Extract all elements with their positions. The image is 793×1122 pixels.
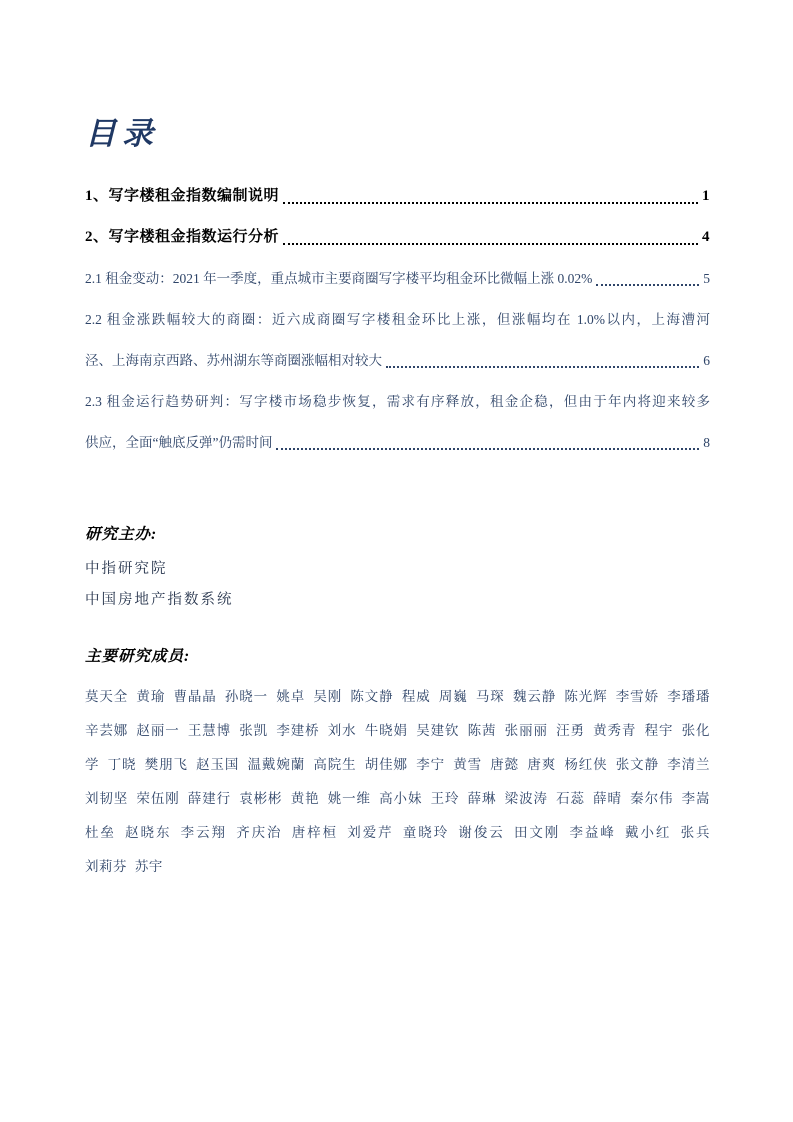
host-org-line: 中指研究院 xyxy=(85,554,710,585)
toc-page-number: 4 xyxy=(702,217,710,258)
toc-entry-line: 2.2 租金涨跌幅较大的商圈：近六成商圈写字楼租金环比上涨，但涨幅均在 1.0%… xyxy=(85,299,710,340)
member-names-line: 刘莉芬 苏宇 xyxy=(85,850,710,884)
toc-list: 1、写字楼租金指数编制说明12、写字楼租金指数运行分析42.1 租金变动：202… xyxy=(85,176,710,463)
member-names-line: 学 丁晓 樊朋飞 赵玉国 温戴婉蘭 高院生 胡佳娜 李宁 黄雪 唐懿 唐爽 杨红… xyxy=(85,748,710,782)
toc-entry-text: 2.1 租金变动：2021 年一季度，重点城市主要商圈写字楼平均租金环比微幅上涨… xyxy=(85,258,592,299)
toc-entry-last-line: 1、写字楼租金指数编制说明1 xyxy=(85,176,710,217)
toc-entry[interactable]: 2.1 租金变动：2021 年一季度，重点城市主要商圈写字楼平均租金环比微幅上涨… xyxy=(85,258,710,299)
member-names-line: 辛芸娜 赵丽一 王慧博 张凯 李建桥 刘水 牛晓娟 吴建钦 陈茜 张丽丽 汪勇 … xyxy=(85,714,710,748)
toc-entry-last-line: 供应，全面“触底反弹”仍需时间8 xyxy=(85,422,710,463)
research-members-heading: 主要研究成员: xyxy=(85,644,710,666)
member-names-line: 杜垒 赵晓东 李云翔 齐庆治 唐梓桓 刘爱芹 童晓玲 谢俊云 田文刚 李益峰 戴… xyxy=(85,816,710,850)
dot-leader xyxy=(276,448,699,450)
toc-entry[interactable]: 2、写字楼租金指数运行分析4 xyxy=(85,217,710,258)
dot-leader xyxy=(386,366,699,368)
document-page: 目录 1、写字楼租金指数编制说明12、写字楼租金指数运行分析42.1 租金变动：… xyxy=(0,0,793,1122)
dot-leader xyxy=(596,284,699,286)
toc-title: 目录 xyxy=(85,108,159,153)
toc-entry-text: 泾、上海南京西路、苏州湖东等商圈涨幅相对较大 xyxy=(85,340,382,381)
research-members-section: 主要研究成员: 莫天全 黄瑜 曹晶晶 孙晓一 姚卓 吴刚 陈文静 程威 周巍 马… xyxy=(85,644,710,884)
toc-entry[interactable]: 2.2 租金涨跌幅较大的商圈：近六成商圈写字楼租金环比上涨，但涨幅均在 1.0%… xyxy=(85,299,710,381)
toc-entry-last-line: 泾、上海南京西路、苏州湖东等商圈涨幅相对较大6 xyxy=(85,340,710,381)
dot-leader xyxy=(283,202,698,204)
toc-page-number: 5 xyxy=(703,258,710,299)
toc-entry-text: 供应，全面“触底反弹”仍需时间 xyxy=(85,422,272,463)
toc-entry-text: 2、写字楼租金指数运行分析 xyxy=(85,217,279,258)
host-org-line: 中国房地产指数系统 xyxy=(85,585,710,616)
research-host-section: 研究主办: 中指研究院 中国房地产指数系统 xyxy=(85,522,710,616)
toc-page-number: 8 xyxy=(703,422,710,463)
dot-leader xyxy=(283,243,698,245)
research-host-heading: 研究主办: xyxy=(85,522,710,544)
toc-entry-last-line: 2.1 租金变动：2021 年一季度，重点城市主要商圈写字楼平均租金环比微幅上涨… xyxy=(85,258,710,299)
toc-entry-text: 1、写字楼租金指数编制说明 xyxy=(85,176,279,217)
member-names-line: 莫天全 黄瑜 曹晶晶 孙晓一 姚卓 吴刚 陈文静 程威 周巍 马琛 魏云静 陈光… xyxy=(85,680,710,714)
toc-entry[interactable]: 1、写字楼租金指数编制说明1 xyxy=(85,176,710,217)
research-members-list: 莫天全 黄瑜 曹晶晶 孙晓一 姚卓 吴刚 陈文静 程威 周巍 马琛 魏云静 陈光… xyxy=(85,680,710,884)
member-names-line: 刘韧坚 荣伍刚 薛建行 袁彬彬 黄艳 姚一维 高小妹 王玲 薛琳 梁波涛 石蕊 … xyxy=(85,782,710,816)
toc-page-number: 1 xyxy=(702,176,710,217)
toc-entry[interactable]: 2.3 租金运行趋势研判：写字楼市场稳步恢复，需求有序释放，租金企稳，但由于年内… xyxy=(85,381,710,463)
toc-entry-line: 2.3 租金运行趋势研判：写字楼市场稳步恢复，需求有序释放，租金企稳，但由于年内… xyxy=(85,381,710,422)
toc-entry-last-line: 2、写字楼租金指数运行分析4 xyxy=(85,217,710,258)
toc-page-number: 6 xyxy=(703,340,710,381)
